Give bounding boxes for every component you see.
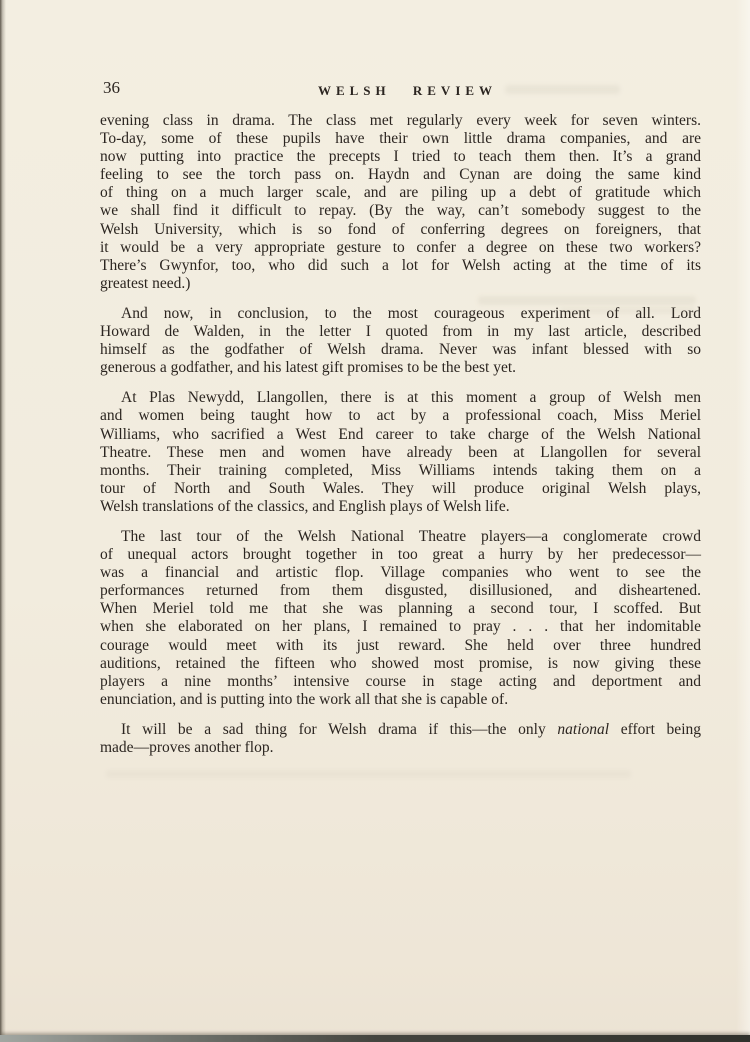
text-line: it would be a very appropriate gesture t…: [100, 239, 701, 257]
paragraph: At Plas Newydd, Llangollen, there is at …: [100, 389, 701, 516]
text-line: The last tour of the Welsh National Thea…: [100, 528, 701, 546]
text-line: It will be a sad thing for Welsh drama i…: [100, 721, 701, 739]
text-line: courage would meet with its just reward.…: [100, 637, 701, 655]
text-line: now putting into practice the precepts I…: [100, 148, 701, 166]
text-line: enunciation, and is putting into the wor…: [100, 691, 701, 709]
text-line: There’s Gwynfor, too, who did such a lot…: [100, 257, 701, 275]
text-line: Howard de Walden, in the letter I quoted…: [100, 323, 701, 341]
text-line: And now, in conclusion, to the most cour…: [100, 305, 701, 323]
scan-right-edge: [736, 0, 750, 1042]
text-line: we shall find it difficult to repay. (By…: [100, 202, 701, 220]
text-line: Williams, who sacrified a West End caree…: [100, 426, 701, 444]
paragraph: evening class in drama. The class met re…: [100, 112, 701, 293]
text-line: performances returned from them disguste…: [100, 582, 701, 600]
text-line: of thing on a much larger scale, and are…: [100, 184, 701, 202]
text-line: when she elaborated on her plans, I rema…: [100, 618, 701, 636]
text-line: evening class in drama. The class met re…: [100, 112, 701, 130]
text-line: Theatre. These men and women have alread…: [100, 444, 701, 462]
closing-line-pre: It will be a sad thing for Welsh drama i…: [121, 721, 557, 738]
page-number: 36: [103, 78, 120, 98]
text-line: When Meriel told me that she was plannin…: [100, 600, 701, 618]
text-line: Welsh University, which is so fond of co…: [100, 221, 701, 239]
closing-line-post: effort being: [609, 721, 701, 738]
text-line: months. Their training completed, Miss W…: [100, 462, 701, 480]
text-line: of unequal actors brought together in to…: [100, 546, 701, 564]
text-line: At Plas Newydd, Llangollen, there is at …: [100, 389, 701, 407]
italic-word-national: national: [557, 721, 609, 738]
text-line: made—proves another flop.: [100, 739, 701, 757]
text-line: feeling to see the torch pass on. Haydn …: [100, 166, 701, 184]
text-line: tour of North and South Wales. They will…: [100, 480, 701, 498]
text-line: and women being taught how to act by a p…: [100, 407, 701, 425]
text-line: greatest need.): [100, 275, 701, 293]
text-line: players a nine months’ intensive course …: [100, 673, 701, 691]
paragraph: And now, in conclusion, to the most cour…: [100, 305, 701, 377]
scan-bottom-edge: [0, 1035, 750, 1042]
show-through-mark: [106, 770, 631, 778]
paragraph-closing: It will be a sad thing for Welsh drama i…: [100, 721, 701, 757]
text-line: generous a godfather, and his latest gif…: [100, 359, 701, 377]
scan-left-edge: [0, 0, 6, 1042]
scanned-page: WELSH REVIEW 36 evening class in drama. …: [0, 0, 750, 1042]
text-line: auditions, retained the fifteen who show…: [100, 655, 701, 673]
text-line: Welsh translations of the classics, and …: [100, 498, 701, 516]
paragraph: The last tour of the Welsh National Thea…: [100, 528, 701, 709]
text-line: himself as the godfather of Welsh drama.…: [100, 341, 701, 359]
text-line: was a financial and artistic flop. Villa…: [100, 564, 701, 582]
article-text: evening class in drama. The class met re…: [100, 112, 701, 769]
text-line: To-day, some of these pupils have their …: [100, 130, 701, 148]
running-head: WELSH REVIEW: [107, 83, 708, 99]
